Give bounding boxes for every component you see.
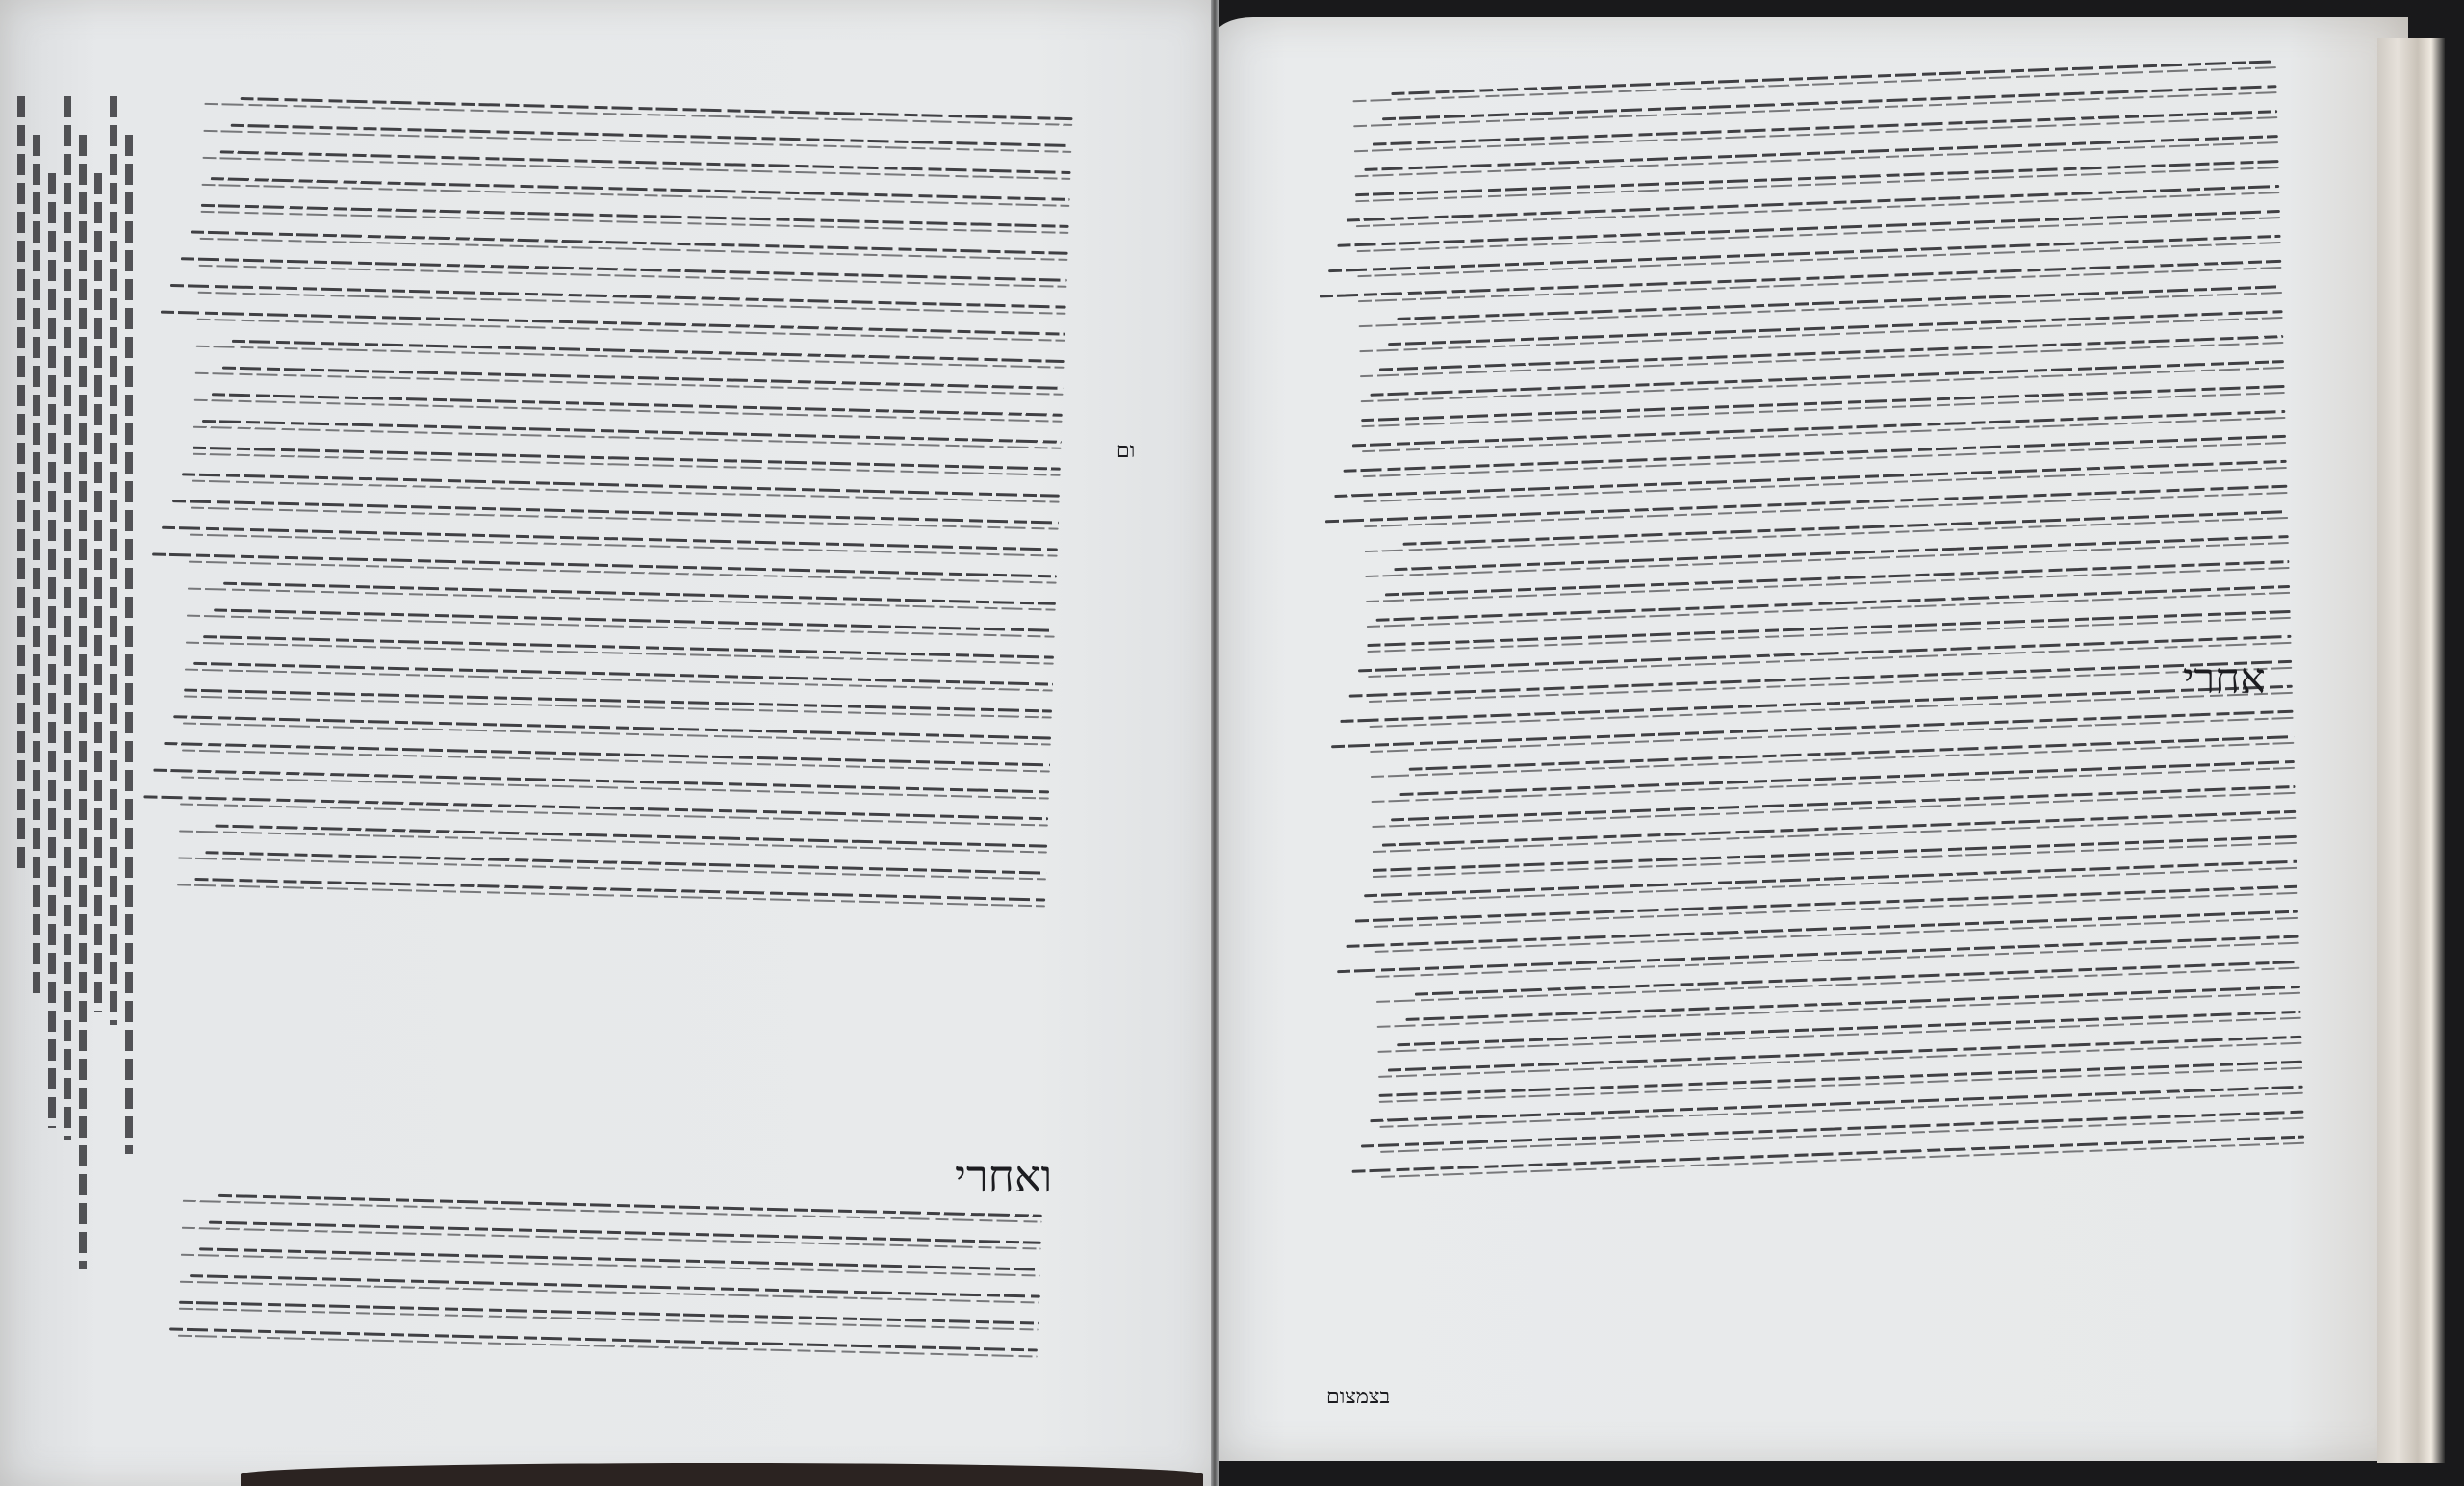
left-page-heading: ואחרי <box>955 1150 1052 1202</box>
page-edges <box>2377 38 2445 1463</box>
right-page-heading: אחרי <box>2183 654 2266 704</box>
right-page-text-block <box>1314 64 2305 1191</box>
binding-shadow <box>241 1463 1203 1486</box>
margin-note-column <box>94 173 102 1012</box>
left-page-text-block <box>141 90 1073 930</box>
margin-note-column <box>48 173 56 1128</box>
left-page-lower-text-block <box>141 1188 1041 1380</box>
catchword: בצמצום <box>1326 1384 1390 1409</box>
gutter-mark: ום <box>1116 438 1135 463</box>
margin-note-column <box>33 135 40 999</box>
margin-note-column <box>64 96 71 1140</box>
book-gutter <box>1211 0 1219 1486</box>
marginal-notes <box>17 38 142 1328</box>
margin-note-column <box>125 135 133 1154</box>
margin-note-column <box>79 135 87 1269</box>
margin-note-column <box>110 96 117 1025</box>
margin-note-column <box>17 96 25 870</box>
